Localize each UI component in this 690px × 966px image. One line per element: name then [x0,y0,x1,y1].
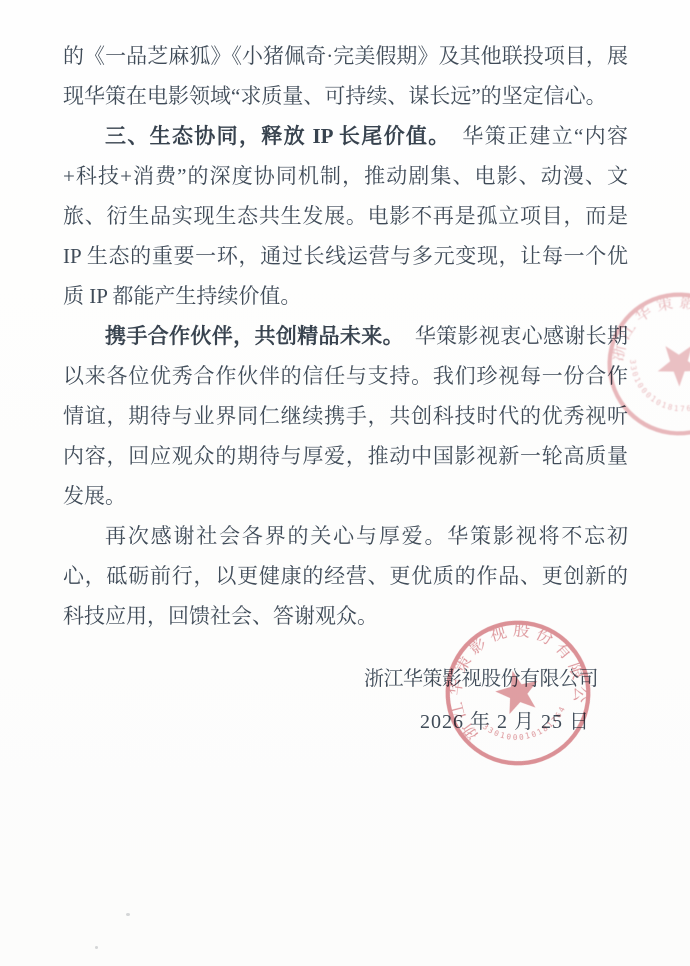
signature-block: 浙江华策影视股份有限公司 2026 年 2 月 25 日 [63,664,690,737]
star-icon [651,333,690,391]
paragraph-lead: 携手合作伙伴，共创精品未来。 [105,324,393,348]
paragraph-text: 华策影视衷心感谢长期以来各位优秀合作伙伴的信任与支持。我们珍视每一份合作情谊，期… [63,324,628,508]
scan-speck [95,946,98,949]
signature-date: 2026 年 2 月 25 日 [63,707,690,737]
letter-body: 的《一品芝麻狐》《小猪佩奇·完美假期》及其他联投项目，展现华策在电影领域“求质量… [63,36,628,636]
paragraph-text: 再次感谢社会各界的关心与厚爱。华策影视将不忘初心，砥砺前行，以更健康的经营、更优… [63,524,628,628]
signature-company: 浙江华策影视股份有限公司 [63,664,690,694]
paragraph-lead: 三、生态协同，释放 IP 长尾价值。 [105,124,440,148]
paragraph: 的《一品芝麻狐》《小猪佩奇·完美假期》及其他联投项目，展现华策在电影领域“求质量… [63,36,628,116]
paragraph: 三、生态协同，释放 IP 长尾价值。 华策正建立“内容+科技+消费”的深度协同机… [63,116,628,316]
paragraph-text: 的《一品芝麻狐》《小猪佩奇·完美假期》及其他联投项目，展现华策在电影领域“求质量… [63,44,628,108]
paragraph-text: 华策正建立“内容+科技+消费”的深度协同机制，推动剧集、电影、动漫、文旅、衍生品… [63,124,628,308]
paragraph: 携手合作伙伴，共创精品未来。 华策影视衷心感谢长期以来各位优秀合作伙伴的信任与支… [63,316,628,516]
document-page: 的《一品芝麻狐》《小猪佩奇·完美假期》及其他联投项目，展现华策在电影领域“求质量… [0,0,690,966]
scan-speck [126,913,130,916]
paragraph: 再次感谢社会各界的关心与厚爱。华策影视将不忘初心，砥砺前行，以更健康的经营、更优… [63,516,628,636]
